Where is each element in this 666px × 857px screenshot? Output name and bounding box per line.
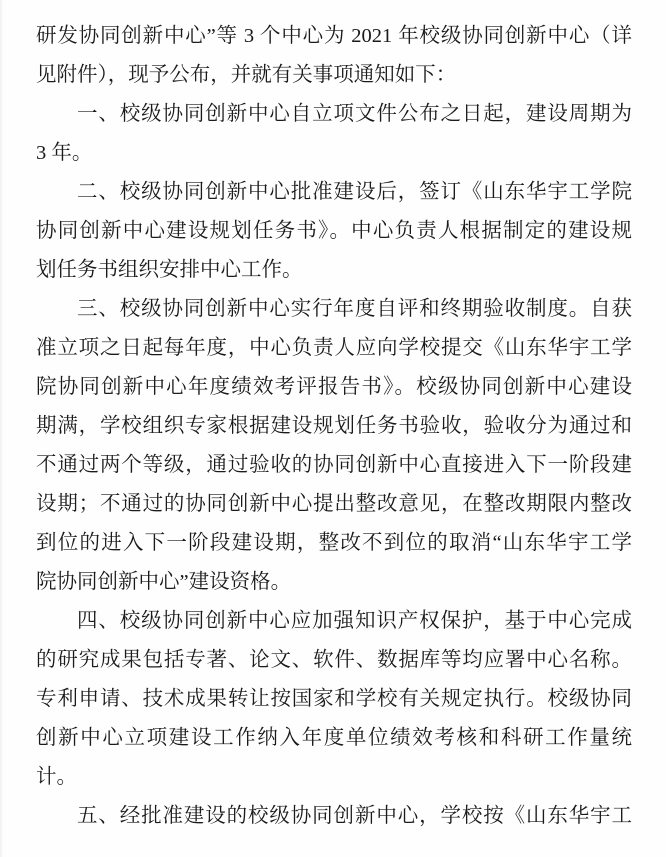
text-line: 准立项之日起每年度，中心负责人应向学校提交《山东华宇工学 [36,329,632,368]
text-line: 四、校级协同创新中心应加强知识产权保护，基于中心完成 [36,602,632,641]
text-line: 不通过两个等级，通过验收的协同创新中心直接进入下一阶段建 [36,446,632,485]
text-line: 设期；不通过的协同创新中心提出整改意见，在整改期限内整改 [36,485,632,524]
text-line: 协同创新中心建设规划任务书》。中心负责人根据制定的建设规 [36,212,632,251]
text-line: 院协同创新中心”建设资格。 [36,563,632,602]
scan-edge-shadow [0,0,3,857]
text-line: 二、校级协同创新中心批准建设后，签订《山东华宇工学院 [36,173,632,212]
paragraph: 二、校级协同创新中心批准建设后，签订《山东华宇工学院协同创新中心建设规划任务书》… [36,173,632,290]
paragraph: 一、校级协同创新中心自立项文件公布之日起，建设周期为3 年。 [36,95,632,173]
text-line: 计。 [36,758,632,797]
text-line: 到位的进入下一阶段建设期，整改不到位的取消“山东华宇工学 [36,524,632,563]
text-line: 见附件），现予公布，并就有关事项通知如下： [36,56,632,95]
document-body: 研发协同创新中心”等 3 个中心为 2021 年校级协同创新中心（详见附件），现… [36,17,632,836]
text-line: 专利申请、技术成果转让按国家和学校有关规定执行。校级协同 [36,680,632,719]
paragraph: 五、经批准建设的校级协同创新中心，学校按《山东华宇工 [36,797,632,836]
text-line: 一、校级协同创新中心自立项文件公布之日起，建设周期为 [36,95,632,134]
text-line: 研发协同创新中心”等 3 个中心为 2021 年校级协同创新中心（详 [36,17,632,56]
text-line: 创新中心立项建设工作纳入年度单位绩效考核和科研工作量统 [36,719,632,758]
text-line: 划任务书组织安排中心工作。 [36,251,632,290]
text-line: 3 年。 [36,134,632,173]
document-page: 研发协同创新中心”等 3 个中心为 2021 年校级协同创新中心（详见附件），现… [0,0,666,857]
paragraph: 研发协同创新中心”等 3 个中心为 2021 年校级协同创新中心（详见附件），现… [36,17,632,95]
text-line: 期满，学校组织专家根据建设规划任务书验收，验收分为通过和 [36,407,632,446]
text-line: 院协同创新中心年度绩效考评报告书》。校级协同创新中心建设 [36,368,632,407]
paragraph: 四、校级协同创新中心应加强知识产权保护，基于中心完成的研究成果包括专著、论文、软… [36,602,632,797]
paragraph: 三、校级协同创新中心实行年度自评和终期验收制度。自获准立项之日起每年度，中心负责… [36,290,632,602]
text-line: 三、校级协同创新中心实行年度自评和终期验收制度。自获 [36,290,632,329]
text-line: 五、经批准建设的校级协同创新中心，学校按《山东华宇工 [36,797,632,836]
text-line: 的研究成果包括专著、论文、软件、数据库等均应署中心名称。 [36,641,632,680]
